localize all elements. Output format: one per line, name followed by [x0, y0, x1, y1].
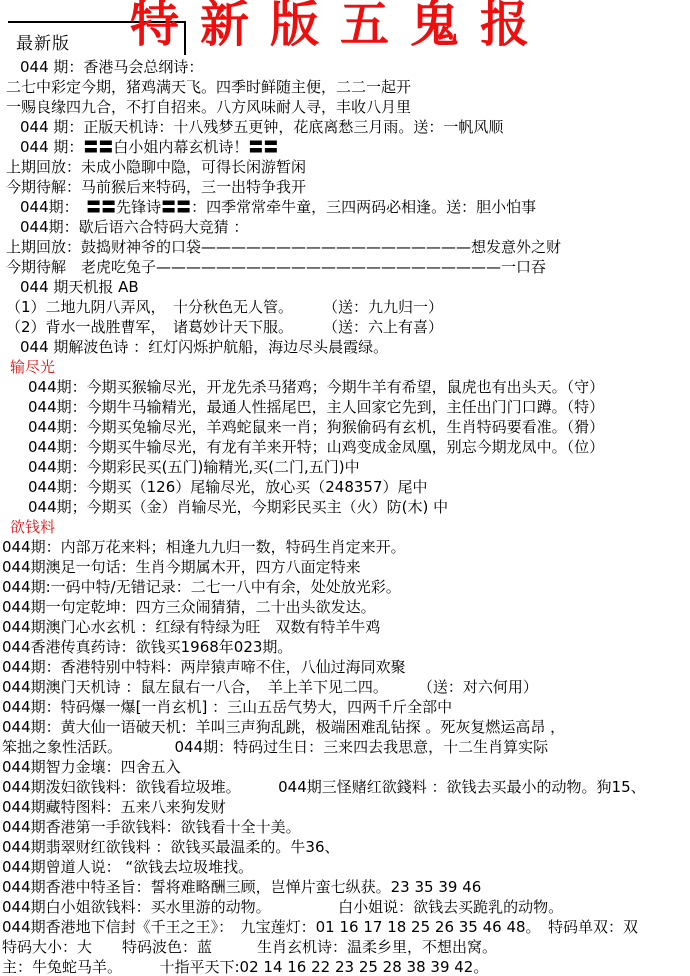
doc-line-this-issue: 今期待解：马前猴后来特码，三一出特争我开 [0, 177, 690, 197]
doc-line-tianjibao-title: 044 期天机报 AB [0, 277, 690, 297]
doc-line-yuqianliao-item: 笨拙之象性活跃。 044期：特码过生日：三来四去我思意，十二生肖算实际 [0, 737, 690, 757]
doc-line-shujinguang-item: 044期：今期彩民买(五门)输精光,买(二门,五门)中 [0, 457, 690, 477]
doc-line-shujinguang-item: 044期：今期买牛输尽光，有龙有羊来开特；山鸡变成金凤凰，别忘今期龙凤中。（位） [0, 437, 690, 457]
doc-line-yuqianliao-item: 044期香港第一手欲钱料：欲钱看十全十美。 [0, 817, 690, 837]
doc-line-shujinguang-item: 044期：今期牛马输精光，最通人性摇尾巴，主人回家它先到，主任出门门口蹲。（特） [0, 397, 690, 417]
doc-line-shujinguang-item: 044期；今期买（金）肖输尽光，今期彩民买主（火）防(木) 中 [0, 497, 690, 517]
doc-line-shujinguang-item: 044期：今期买猴输尽光，开龙先杀马猪鸡；今期牛羊有希望，鼠虎也有出头天。（守） [0, 377, 690, 397]
doc-line-shujinguang-item: 044期：今期买（126）尾输尽光，放心买（248357）尾中 [0, 477, 690, 497]
document-body: 044 期：香港马会总纲诗： 二七中彩定今期，猪鸡满天飞。四季时鲜随主便，二二一… [0, 57, 690, 976]
doc-line-yuqianliao-item: 044期一句定乾坤：四方三众闹猜猜，二十出头欲发达。 [0, 597, 690, 617]
doc-line-yuqianliao-item: 044期藏特图料：五来八来狗发财 [0, 797, 690, 817]
doc-line-zodiac-numbers: 主：牛兔蛇马羊。 十指平天下:02 14 16 22 23 25 28 38 3… [0, 957, 690, 976]
doc-line-last-issue: 上期回放：鼓捣财神爷的口袋——————————————————想发意外之财 [0, 237, 690, 257]
doc-line-tianjibao-item: （1）二地九阴八弄风， 十分秋色无人管。 （送：九九归一） [0, 297, 690, 317]
doc-line-baixiaojie-title: 044 期：〓〓白小姐内幕玄机诗！〓〓 [0, 137, 690, 157]
doc-line-tianjibao-item: （2）背水一战胜曹军， 诸葛妙计天下服。 （送：六上有喜） [0, 317, 690, 337]
doc-line-jiebose-poem: 044 期解波色诗 ：红灯闪烁护航船，海边尽头晨霞绿。 [0, 337, 690, 357]
doc-line-xianfeng-poem: 044期： 〓〓先锋诗〓〓：四季常常牵牛童，三四两码必相逢。送：胆小怕事 [0, 197, 690, 217]
page-title: 特新版五鬼报 [130, 0, 550, 56]
doc-line-yuqianliao-item: 044期澳门心水玄机 ：红绿有特绿为旺 双数有特羊牛鸡 [0, 617, 690, 637]
doc-line-yuqianliao-item: 044期:一码中特/无错记录：二七一八中有余，处处放光彩。 [0, 577, 690, 597]
doc-line-shujinguang-item: 044期：今期买兔输尽光，羊鸡蛇鼠来一肖；狗猴偷码有玄机，生肖特码要看准。（猾） [0, 417, 690, 437]
doc-line-yuqianliao-item: 044期：内部万花来料；相逢九九归一数，特码生肖定来开。 [0, 537, 690, 557]
doc-line-tianji-poem: 044 期：正版天机诗：十八残梦五更钟，花底离愁三月雨。送：一帆风顺 [0, 117, 690, 137]
doc-line-poem: 二七中彩定今期，猪鸡满天飞。四季时鲜随主便，二二一起开 [0, 77, 690, 97]
doc-line-yuqianliao-item: 044期：特码爆一爆[一肖玄机] ：三山五岳气势大，四两千斤全部中 [0, 697, 690, 717]
doc-line-zengdaoren: 044期曾道人说： “欲钱去垃圾堆找。 [0, 857, 690, 877]
doc-line-yuqianliao-item: 044期澳门天机诗 ：鼠左鼠右一八合， 羊上羊下见二四。 （送：对六何用） [0, 677, 690, 697]
doc-line-size-color-poem: 特码大小：大 特码波色：蓝 生肖玄机诗：温柔乡里，不想出窝。 [0, 937, 690, 957]
doc-line-poem: 一赐良缘四九合，不打自招来。八方风味耐人寻，丰收八月里 [0, 97, 690, 117]
doc-line-masthead-poem-title: 044 期：香港马会总纲诗： [0, 57, 690, 77]
section-heading-shujinguang: 输尽光 [0, 357, 690, 377]
doc-line-envelope-numbers: 044期香港地下信封《千王之王》： 九宝莲灯：01 16 17 18 25 26… [0, 917, 690, 937]
doc-line-baixiaojie-tip: 044期白小姐欲钱料：买水里游的动物。 白小姐说：欲钱去买跪乳的动物。 [0, 897, 690, 917]
doc-line-last-issue: 上期回放：未成小隐聊中隐，可得长闲游暂闲 [0, 157, 690, 177]
doc-line-yuqianliao-item: 044期翡翠财红欲钱料 ：欲钱买最温柔的。牛36、 [0, 837, 690, 857]
doc-line-yuqianliao-item: 044期智力金壤：四舍五入 [0, 757, 690, 777]
doc-line-yuqianliao-item: 044期澳足一句话：生肖今期属木开，四方八面定特来 [0, 557, 690, 577]
section-heading-yuqianliao: 欲钱料 [0, 517, 690, 537]
doc-line-yuqianliao-item: 044期泼妇欲钱料：欲钱看垃圾堆。 044期三怪赌红欲錢料 ：欲钱去买最小的动物… [0, 777, 690, 797]
doc-line-yuqianliao-item: 044期：香港特别中特料：两岸猿声啼不住，八仙过海同欢聚 [0, 657, 690, 677]
doc-line-yuqianliao-item: 044香港传真药诗：欲钱买1968年023期。 [0, 637, 690, 657]
tip-sheet-page: 最新版 特新版五鬼报 044 期：香港马会总纲诗： 二七中彩定今期，猪鸡满天飞。… [0, 0, 690, 976]
doc-line-xiehouyu-title: 044期：歇后语六合特码大竞猜 ： [0, 217, 690, 237]
page-header: 最新版 特新版五鬼报 [0, 0, 690, 57]
doc-line-this-issue: 今期待解 老虎吃兔子———————————————————————一口吞 [0, 257, 690, 277]
doc-line-yuqianliao-item: 044期：黄大仙一语破天机：羊叫三声狗乱跳，极端困难乱钻探 。死灰复燃运高昂 ， [0, 717, 690, 737]
doc-line-shengzhi-numbers: 044期香港中特圣旨：誓将难略酬三顾，岂惮片蛮七纵获。23 35 39 46 [0, 877, 690, 897]
